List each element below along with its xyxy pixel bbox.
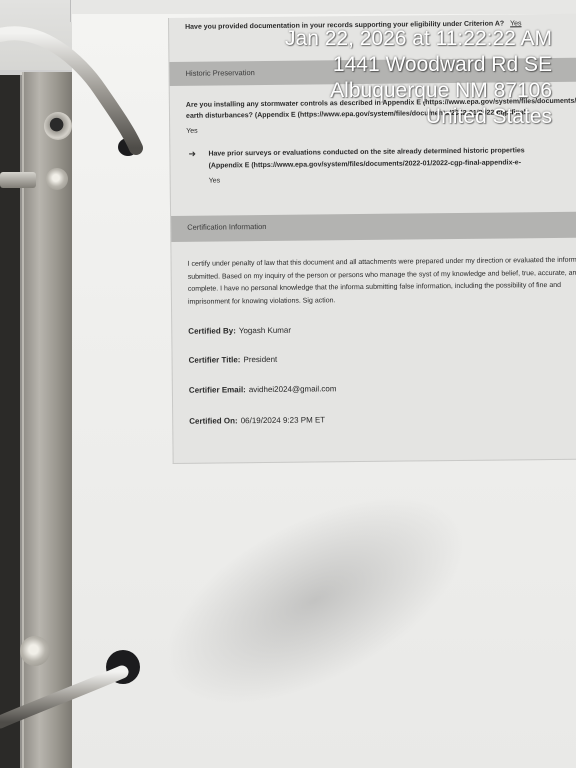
overlay-address-line1: 1441 Woodward Rd SE — [285, 52, 552, 78]
overlay-address-line2: Albuquerque NM 87106 — [285, 78, 552, 104]
overlay-country: United States — [285, 104, 552, 130]
overlay-timestamp: Jan 22, 2026 at 11:22:22 AM — [285, 26, 552, 52]
photo-timestamp-overlay: Jan 22, 2026 at 11:22:22 AM 1441 Woodwar… — [285, 26, 552, 130]
